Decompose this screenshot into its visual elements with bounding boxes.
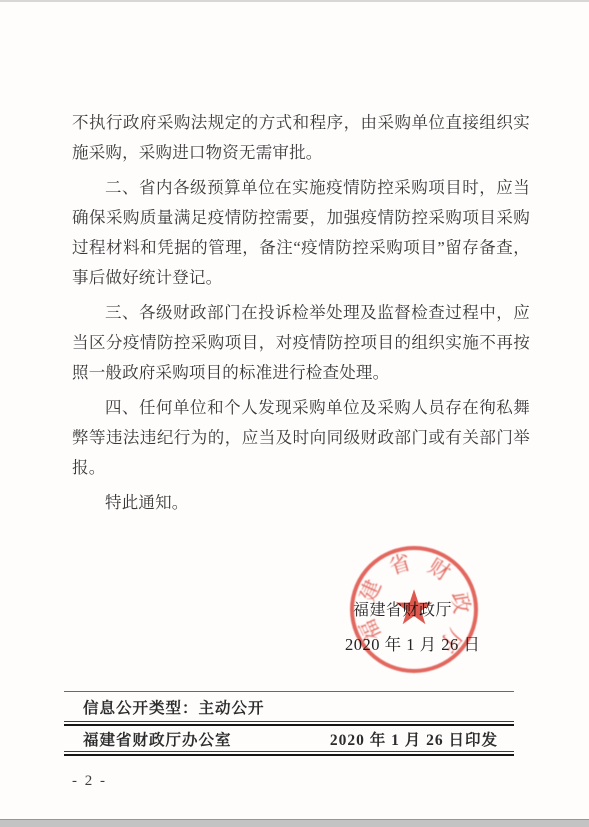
print-date: 2020 年 1 月 26 日印发 — [330, 728, 498, 750]
document-body: 不执行政府采购法规定的方式和程序，由采购单位直接组织实施采购，采购进口物资无需审… — [72, 108, 530, 523]
paragraph-closing: 特此通知。 — [72, 488, 530, 518]
footer-rule-double-bottom — [64, 751, 514, 756]
signature-agency: 福建省财政厅 — [353, 597, 452, 620]
footer-issuing-row: 福建省财政厅办公室 2020 年 1 月 26 日印发 — [64, 726, 514, 751]
seal-ring-char: 省 — [387, 552, 413, 578]
info-disclosure-type: 信息公开类型：主动公开 — [64, 692, 514, 721]
signature-date: 2020 年 1 月 26 日 — [345, 631, 480, 655]
paragraph-continuation: 不执行政府采购法规定的方式和程序，由采购单位直接组织实施采购，采购进口物资无需审… — [72, 108, 530, 168]
page-number: - 2 - — [72, 773, 107, 790]
paragraph-item-2: 二、省内各级预算单位在实施疫情防控采购项目时，应当确保采购质量满足疫情防控需要，… — [72, 173, 530, 293]
seal-ring-char: 财 — [425, 556, 454, 585]
issuing-office: 福建省财政厅办公室 — [83, 728, 232, 750]
paragraph-item-3: 三、各级财政部门在投诉检举处理及监督检查过程中，应当区分疫情防控采购项目，对疫情… — [72, 298, 530, 388]
scanned-document-page: 不执行政府采购法规定的方式和程序，由采购单位直接组织实施采购，采购进口物资无需审… — [0, 0, 589, 827]
document-footer: 信息公开类型：主动公开 福建省财政厅办公室 2020 年 1 月 26 日印发 — [64, 691, 514, 756]
page-bottom-edge — [0, 819, 589, 827]
paragraph-item-4: 四、任何单位和个人发现采购单位及采购人员存在徇私舞弊等违法违纪行为的，应当及时向… — [72, 393, 530, 483]
page-top-edge — [0, 0, 589, 2]
